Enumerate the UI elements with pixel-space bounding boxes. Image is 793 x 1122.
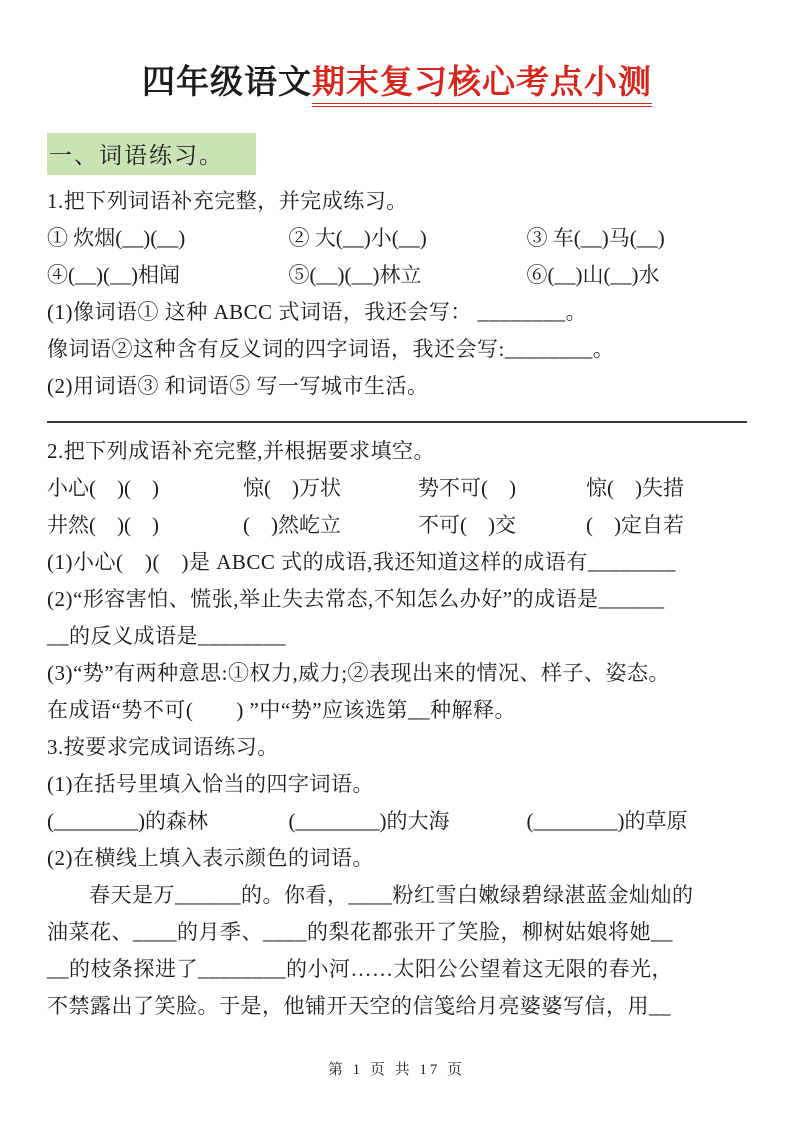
- q1-item-6: ⑥(__)山(__)水: [527, 257, 748, 294]
- title-exam-part: 期末复习核心考点小测: [312, 65, 652, 107]
- q1-item-1: ① 炊烟(__)(__): [47, 220, 289, 257]
- q2-idioms-row2: 井然( )( ) ( )然屹立 不可( )交 ( )定自若: [47, 507, 747, 544]
- page-footer: 第 1 页 共 17 页: [0, 1058, 793, 1079]
- q2-sub1: (1)小心( )( )是 ABCC 式的成语,我还知道这样的成语有_______…: [47, 544, 747, 581]
- q2-idiom-3: 势不可( ): [418, 470, 586, 507]
- section-one-heading: 一、词语练习。: [47, 133, 256, 175]
- q2-sub2a: (2)“形容害怕、慌张,举止失去常态,不知怎么办好”的成语是______: [47, 581, 747, 618]
- q2-idiom-7: 不可( )交: [418, 507, 586, 544]
- q1-sub1b: 像词语②这种含有反义词的四字词语，我还会写:________。: [47, 331, 747, 368]
- q3-fill-1: (________)的森林: [47, 803, 289, 840]
- q1-item-3: ③ 车(__)马(__): [527, 220, 748, 257]
- q1-sub1a: (1)像词语① 这种 ABCC 式词语，我还会写： ________。: [47, 294, 747, 331]
- q1-item-5: ⑤(__)(__)林立: [289, 257, 527, 294]
- q3-paragraph-line1: 春天是万______的。你看，____粉红雪白嫩绿碧绿湛蓝金灿灿的: [47, 877, 747, 914]
- q2-idiom-2: 惊( )万状: [243, 470, 418, 507]
- q1-sub2: (2)用词语③ 和词语⑤ 写一写城市生活。: [47, 368, 747, 405]
- title-course-part: 四年级语文: [142, 65, 312, 101]
- q3-fill-row: (________)的森林 (________)的大海 (________)的草…: [47, 803, 747, 840]
- q2-idioms-row1: 小心( )( ) 惊( )万状 势不可( ) 惊( )失措: [47, 470, 747, 507]
- q2-idiom-4: 惊( )失措: [586, 470, 747, 507]
- q1-stem: 1.把下列词语补充完整，并完成练习。: [47, 183, 747, 220]
- q3-paragraph-line2: 油菜花、____的月季、____的梨花都张开了笑脸，柳树姑娘将她__: [47, 914, 747, 951]
- q1-items-row1: ① 炊烟(__)(__) ② 大(__)小(__) ③ 车(__)马(__): [47, 220, 747, 257]
- q3-sub1: (1)在括号里填入恰当的四字词语。: [47, 766, 747, 803]
- q3-fill-3: (________)的草原: [527, 803, 748, 840]
- q2-idiom-5: 井然( )( ): [47, 507, 243, 544]
- section-divider: [47, 421, 747, 423]
- q2-idiom-6: ( )然屹立: [243, 507, 418, 544]
- q3-paragraph-line3: __的枝条探进了________的小河……太阳公公望着这无限的春光，: [47, 951, 747, 988]
- worksheet-page: 四年级语文期末复习核心考点小测 一、词语练习。 1.把下列词语补充完整，并完成练…: [0, 0, 793, 1122]
- q2-sub3b: 在成语“势不可( ) ”中“势”应该选第__种解释。: [47, 692, 747, 729]
- section-one-heading-row: 一、词语练习。: [47, 133, 747, 175]
- q3-stem: 3.按要求完成词语练习。: [47, 729, 747, 766]
- q2-sub2b: __的反义成语是________: [47, 618, 747, 655]
- q2-stem: 2.把下列成语补充完整,并根据要求填空。: [47, 433, 747, 470]
- q2-idiom-1: 小心( )( ): [47, 470, 243, 507]
- q1-item-4: ④(__)(__)相闻: [47, 257, 289, 294]
- page-title: 四年级语文期末复习核心考点小测: [47, 56, 747, 103]
- q3-fill-2: (________)的大海: [289, 803, 527, 840]
- q3-paragraph-line4: 不禁露出了笑脸。于是，他铺开天空的信笺给月亮婆婆写信，用__: [47, 988, 747, 1025]
- q2-idiom-8: ( )定自若: [586, 507, 747, 544]
- q2-sub3a: (3)“势”有两种意思:①权力,威力;②表现出来的情况、样子、姿态。: [47, 655, 747, 692]
- q3-sub2: (2)在横线上填入表示颜色的词语。: [47, 840, 747, 877]
- q1-items-row2: ④(__)(__)相闻 ⑤(__)(__)林立 ⑥(__)山(__)水: [47, 257, 747, 294]
- q1-item-2: ② 大(__)小(__): [289, 220, 527, 257]
